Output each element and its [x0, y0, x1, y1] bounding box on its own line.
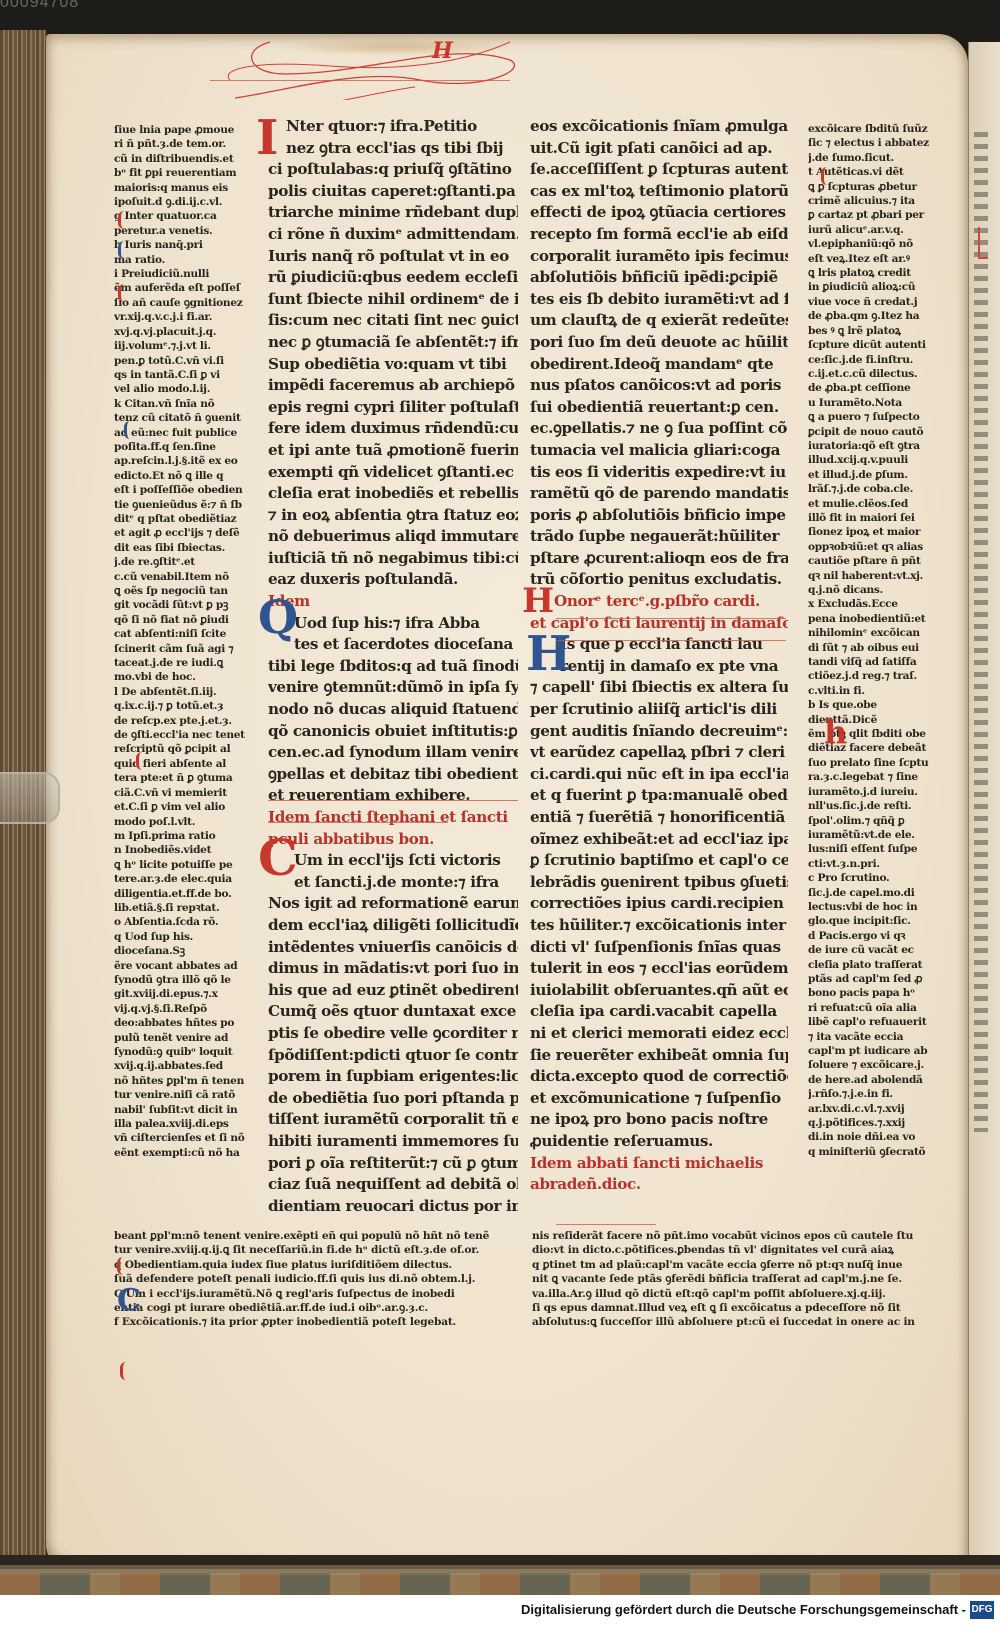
initial-c-gloss-blue: C	[117, 1286, 141, 1316]
text-line: obedirent.Ideoq̃ mandamᵉ qte	[530, 354, 788, 376]
text-line: iuiolabilit obſeruantes.qñ aũt ec	[530, 980, 788, 1002]
text-line: et q fuerint ꝑ tpa:manualẽ obedi	[530, 785, 788, 807]
paraph-mark	[136, 752, 145, 770]
gloss-line: q Obedientiam.quia iudex ſiue platus iur…	[114, 1258, 528, 1272]
text-line: Uod ſup his:⁊ ifra Abba	[268, 613, 518, 635]
text-line: pori ſuo ſm deũ deuote ac hũilit	[530, 332, 788, 354]
gloss-line: q Uod ſup his.	[114, 930, 256, 944]
gloss-line: bᵒ fit ꝑpi reuerentiam	[114, 166, 256, 180]
text-line: lebrãdis ꝯuenirent tpibus ꝯſuetis	[530, 872, 788, 894]
gloss-line: lus:niſi eſſent ſuſpe	[808, 842, 958, 856]
gloss-line: nabil' ſubſit:vt dicit in	[114, 1103, 256, 1117]
gloss-line: ꝑcipit de nouo cautõ	[808, 425, 958, 439]
gloss-line: reſcriptũ qõ ꝑcipit al	[114, 742, 256, 756]
text-line: trũ cõſortio penitus excludatis.	[530, 569, 788, 591]
text-line: ſie reuerẽter exhibeãt omnia ſup	[530, 1045, 788, 1067]
gloss-line: poſita.ff.q ſen.ſine	[114, 440, 256, 454]
gloss-line: bes ꝰ ꝗ lrẽ platoꝝ	[808, 324, 958, 338]
text-line: epis regni cypri ſiliter poſtulaſti	[268, 397, 518, 419]
text-line: his que ad euz ꝑtinẽt obedirent.	[268, 980, 518, 1002]
gloss-line: pen.ꝑ totũ.C.vñ vi.ſi	[114, 354, 256, 368]
gloss-line: ce:ſic.j.de fi.inſtru.	[808, 353, 958, 367]
gloss-line: mo.vbi de hoc.	[114, 670, 256, 684]
text-line: Nter qtuor:⁊ ifra.Petitio	[268, 116, 518, 138]
gloss-line: ſynodũ ꝯtra illõ qõ le	[114, 973, 256, 987]
text-line: nõ debuerimus aliqd immutare.	[268, 526, 518, 548]
gloss-line: excõicare ſbditũ ſuũz	[808, 122, 958, 136]
gloss-line: tur venire.xviij.q.ij.ꝗ ſit neceſſariũ.i…	[114, 1243, 528, 1257]
gloss-line: ptãs ad capl'm ſed ꝓ	[808, 972, 958, 986]
text-line: porem in ſupbiam erigentes:licz	[268, 1066, 518, 1088]
gloss-line: qõ ſi nõ fiat nõ ꝑiudi	[114, 613, 256, 627]
rubric-line: Onorᵉ tercᵉ.g.pſbr̃o cardi.	[530, 591, 788, 613]
text-line: et reuerentiam exhibere.	[268, 785, 518, 807]
text-line: ec.ꝯpellatis.⁊ ne ꝯ ſua poſſint cõ	[530, 418, 788, 440]
gloss-line: ſuã defendere poteſt penali iudicio.ff.ſ…	[114, 1272, 528, 1286]
paraph-mark	[117, 1257, 126, 1275]
paraph-mark	[118, 241, 127, 259]
gloss-line: git vocãdi ſũt:vt ꝑ pꝫ	[114, 598, 256, 612]
gloss-line: ri ñ pñt.ȝ.de tem.or.	[114, 137, 256, 151]
gloss-line: j.rñſo.⁊.j.e.in fi.	[808, 1087, 958, 1101]
gloss-line: tur venire.niſi cã ratõ	[114, 1088, 256, 1102]
gloss-line: eſt i poſſeſſiõe obedien	[114, 483, 256, 497]
gloss-line: viue voce ñ credat.j	[808, 295, 958, 309]
gloss-line: u Iuramẽto.Nota	[808, 396, 958, 410]
text-line: ne ipoꝝ pro bono pacis noſtre	[530, 1109, 788, 1131]
rubric-line: Idem ſancti ſtephani et ſancti	[268, 807, 518, 829]
text-line: tis eos ſi videritis expedire:vt iu	[530, 462, 788, 484]
gloss-line: o Abſentia.ſcda rõ.	[114, 915, 256, 929]
initial-q-blue: Q	[258, 594, 298, 640]
text-line: nus pſatos canõicos:vt ad poris	[530, 375, 788, 397]
text-line: gent auditis ſnĩando decreuimᵉ:	[530, 721, 788, 743]
gloss-line: di.in noie dñi.ea vo	[808, 1130, 958, 1144]
gloss-line: et.C.ſi ꝑ vim vel alio	[114, 800, 256, 814]
gloss-line: modo poſ.l.vlt.	[114, 815, 256, 829]
paragraph-inter-quatuor: Nter qtuor:⁊ ifra.Petitionez ꝯtra eccl'i…	[268, 116, 518, 613]
folio-flourish	[210, 30, 530, 100]
initial-h-blue: H	[526, 630, 571, 678]
gloss-line: cautiõe pſtare ñ pñt	[808, 554, 958, 568]
gloss-line: g Inter quatuor.ca	[114, 209, 256, 223]
gloss-line: de reſcp.ex pte.j.et.ȝ.	[114, 714, 256, 728]
gloss-column-left: ſiue lnia pape ꝓmoueri ñ pñt.ȝ.de tem.or…	[114, 123, 256, 1233]
gloss-line: dioceſana.Sꝫ	[114, 944, 256, 958]
text-line: cleſia ipa cardi.vacabit capella	[530, 1001, 788, 1023]
gloss-line: iurũ alicuᵉ.ar.v.q.	[808, 223, 958, 237]
text-line: tes hũiliter.⁊ excõicationis inter	[530, 915, 788, 937]
gloss-line: ap.reſcin.l.j.§.itẽ ex eo	[114, 454, 256, 468]
facing-page-initial	[978, 227, 988, 259]
gloss-line: lrãſ.⁊.j.de coba.cle.	[808, 482, 958, 496]
text-line: effecti de ipoꝝ ꝯtũacia certiores	[530, 202, 788, 224]
gloss-line: C Um i eccl'ijs.iuramẽtũ.Nõ ꝗ regl'aris …	[114, 1287, 528, 1301]
red-rule	[210, 80, 510, 81]
gloss-line: tandi viſq̃ ad ſatiſfa	[808, 655, 958, 669]
text-line: ꝓuidentie reſeruamus.	[530, 1131, 788, 1153]
gloss-line: illõ fit in maiori ſei	[808, 511, 958, 525]
gloss-line: ſio añ cauſe ꝯgnitionez	[114, 296, 256, 310]
gloss-line: glo.que incipit:ſic.	[808, 914, 958, 928]
red-rule	[268, 822, 448, 823]
paragraph-cum-in-ecclesiis: Um in eccl'ijs ſcti victoriset ſancti.j.…	[268, 850, 518, 1217]
red-rule	[556, 618, 786, 619]
gloss-line: iuramẽto.j.d iureiu.	[808, 785, 958, 799]
text-line: Nos igit ad reformationẽ earun	[268, 893, 518, 915]
gloss-line: et agit ꝓ eccl'ijs ⁊ deſẽ	[114, 526, 256, 540]
gloss-line: peretur.a venetis.	[114, 224, 256, 238]
text-line: ni et clerici memorati eidez eccle	[530, 1023, 788, 1045]
text-line: tes et ſacerdotes dioceſana	[268, 634, 518, 656]
text-line: venire ꝯtemnũt:dũmõ in ipſa ſy	[268, 677, 518, 699]
gloss-line: k Citan.vñ ſnĩa nõ	[114, 397, 256, 411]
text-line: Iuris nanq̃ rõ poſtulat vt in eo	[268, 246, 518, 268]
gloss-line: ſionez ipoꝝ et maior	[808, 525, 958, 539]
gloss-line: tie ꝯuenieũdus ẽ:⁊ ñ ſb	[114, 498, 256, 512]
gloss-line: cũ in diſtribuendis.et	[114, 152, 256, 166]
red-rule	[556, 640, 786, 641]
gloss-line: ſi qs epus damnat.Illud veꝝ eſt ꝗ ſi exc…	[532, 1301, 950, 1315]
gloss-line: c.vlti.in fi.	[808, 684, 958, 698]
gloss-line: b Iuris nanq̃.pri	[114, 238, 256, 252]
text-line: tumacia vel malicia gliari:coga	[530, 440, 788, 462]
initial-h-red: H	[522, 584, 554, 618]
text-line: tiſſent iuramẽtũ corporalit tñ ex	[268, 1109, 518, 1131]
gloss-line: deo:abbates hñtes po	[114, 1016, 256, 1030]
gloss-line: q miniſteriũ ꝯſecratõ	[808, 1145, 958, 1159]
paraph-mark	[821, 167, 830, 185]
gloss-bottom-right: nis reſiderãt facere nõ pñt.imo vocabũt …	[532, 1229, 950, 1330]
gloss-line: lib.etiã.§.ſi repꝛtat.	[114, 901, 256, 915]
gloss-line: ⁊ ita vacãte eccia	[808, 1030, 958, 1044]
gloss-line: ẽre vocant abbates ad	[114, 959, 256, 973]
facing-page-text	[974, 132, 988, 1132]
gloss-bottom-left: beant ꝑpl'm:nõ tenent venire.exẽpti eñ q…	[114, 1229, 528, 1330]
gloss-line: i Preiudiciũ.nulli	[114, 267, 256, 281]
text-line: fere idem duximus rñdendũ:cuz	[268, 418, 518, 440]
text-line: intẽdentes vniuerſis canõicis de	[268, 937, 518, 959]
text-line: Sup obediẽtia vo:quam vt tibi	[268, 354, 518, 376]
text-line: exempti qñ videlicet ꝯſtanti.ec	[268, 462, 518, 484]
text-line: recepto ſm formã eccl'ie ab eiſdẽ	[530, 224, 788, 246]
text-line: abſolutiõis bñficiũ ipẽdi:ꝑcipiẽ	[530, 267, 788, 289]
funding-credit: Digitalisierung gefördert durch die Deut…	[521, 1602, 966, 1617]
initial-c-red: C	[258, 833, 298, 883]
gloss-line: vij.q.vj.§.ſi.Reſpõ	[114, 1002, 256, 1016]
gloss-line: m Ipſi.prima ratio	[114, 829, 256, 843]
text-line: ſpõdiſſent:pdicti qtuor ſe contra	[268, 1045, 518, 1067]
gloss-line: bono pacis papa hᵒ	[808, 986, 958, 1000]
gloss-line: abſolutus:ꝗ ſucceſſor illũ abſoluere pt:…	[532, 1315, 950, 1329]
text-line: et ipi ante tuã ꝓmotionẽ fuerint	[268, 440, 518, 462]
gloss-line: oppꝛobꝛiũ:et qꝛ alias	[808, 540, 958, 554]
text-line: nodo nõ ducas aliquid ſtatuendũ	[268, 699, 518, 721]
gloss-line: ꝗ oẽs ſp negociũ tan	[114, 584, 256, 598]
gloss-line: j.de ſumo.ſicut.	[808, 151, 958, 165]
text-line: ci poſtulabas:q priuſq̃ ꝯſtãtino	[268, 159, 518, 181]
text-line: per ſcrutinio aliiſq̃ articl'is dili	[530, 699, 788, 721]
gloss-line: q ꝑtinet tm ad plaũ:capl'm vacãte eccia …	[532, 1258, 950, 1272]
gloss-line: ſic.j.de capel.mo.di	[808, 886, 958, 900]
gloss-line: pulũ tenẽt venire ad	[114, 1031, 256, 1045]
text-line: entiã ⁊ ſuerẽtiã ⁊ honorificentiã	[530, 807, 788, 829]
text-line: nez ꝯtra eccl'ias qs tibi ſbij	[268, 138, 518, 160]
gloss-line: xvij.q.ij.abbates.ſed	[114, 1059, 256, 1073]
text-line: cas ex ml'toꝝ teſtimonio platorũ	[530, 181, 788, 203]
gloss-line: capl'm pt iudicare ab	[808, 1044, 958, 1058]
text-line: ramẽtũ qõ de parendo mandatis	[530, 483, 788, 505]
gloss-line: ꝗ hᵒ licite potuiſſe pe	[114, 858, 256, 872]
gloss-line: cat abſenti:niſi ſcite	[114, 627, 256, 641]
gloss-line: l De abſentẽt.ſi.iij.	[114, 685, 256, 699]
gloss-line: ſynodũ:ꝯ quibᵒ loquit	[114, 1045, 256, 1059]
gloss-line: de iure cũ vacãt ec	[808, 943, 958, 957]
gloss-line: ciã.C.vñ vi memierit	[114, 786, 256, 800]
gloss-line: f Excõicationis.⁊ ita prior ꝓpter inobed…	[114, 1315, 528, 1329]
gloss-line: di ſũt ⁊ ab oibus eui	[808, 641, 958, 655]
gloss-line: q.j.põtifices.⁊.xxij	[808, 1116, 958, 1130]
gloss-line: c Pro ſcrutino.	[808, 871, 958, 885]
red-rule	[556, 1224, 656, 1225]
text-line: oĩmez exhibeãt:et ad eccl'iaz ipaz	[530, 829, 788, 851]
page-clamp	[0, 772, 60, 824]
gloss-line: c.ij.et.c.cũ dilectus.	[808, 367, 958, 381]
text-line: um clauſtꝝ de q exierãt redeũtes	[530, 310, 788, 332]
gloss-line: tere.ar.ȝ.de elec.quia	[114, 872, 256, 886]
gloss-line: eſt veꝝ.Itez eſt ar.ꝰ	[808, 252, 958, 266]
text-line: dem eccl'iaꝝ diligẽti ſollicitudĩe	[268, 915, 518, 937]
gloss-line: iuramẽtũ:vt.de ele.	[808, 828, 958, 842]
gloss-line: iij.volumᵉ.⁊.j.vt li.	[114, 339, 256, 353]
gloss-line: taceat.j.de re iudi.ꝗ	[114, 656, 256, 670]
gloss-column-right: excõicare ſbditũ ſuũzſic ⁊ electus i abb…	[808, 122, 958, 1242]
dfg-logo: DFG	[970, 1601, 994, 1619]
text-line: nec ꝑ ꝯtumaciã ſe abſentẽt:⁊ ifra	[268, 332, 518, 354]
text-line: cen.ec.ad ſynodum illam venire	[268, 742, 518, 764]
gloss-line: ar.lxv.di.c.vl.⁊.xvij	[808, 1102, 958, 1116]
gloss-line: ſcinerit cãm ſuã agi ⁊	[114, 642, 256, 656]
gloss-line: crimẽ alicuius.⁊ ita	[808, 194, 958, 208]
text-line: ⁊ in eoꝝ abſentia ꝯtra ſtatuz eoꝝ	[268, 505, 518, 527]
gloss-line: eẽnt exempti:cũ nõ ha	[114, 1146, 256, 1160]
text-line: vt earũdez capellaꝝ pſbri ⁊ cleri	[530, 742, 788, 764]
text-line: corporalit iuramẽto ipis fecimus	[530, 246, 788, 268]
gloss-line: lectus:vbi de hoc in	[808, 900, 958, 914]
text-line: iuſticiã tñ nõ negabimus tibi:cũ	[268, 548, 518, 570]
text-line: dimus in mãdatis:vt pori ſuo in	[268, 958, 518, 980]
text-line: ſunt ſbiecte nihil ordinemᵉ de ip	[268, 289, 518, 311]
paraph-mark	[120, 1362, 129, 1380]
gloss-line: vl.epiphaniũ:qõ nõ	[808, 237, 958, 251]
gloss-line: d Pacis.ergo vi qꝛ	[808, 929, 958, 943]
red-rule	[268, 800, 518, 801]
initial-h-gloss-red: h	[824, 716, 847, 748]
text-line: tulerit in eos ⁊ eccl'ias eorũdem	[530, 958, 788, 980]
rubric-line: Idem abbati ſancti michaelis	[530, 1153, 788, 1175]
gloss-line: j.de re.ꝯſtitᵉ.et	[114, 555, 256, 569]
gloss-line: xvj.q.vj.placuit.j.q.	[114, 325, 256, 339]
text-line: eos excõicationis ſnĩam ꝓmulga	[530, 116, 788, 138]
gloss-line: ſuo prelato ſine ſcptu	[808, 756, 958, 770]
gloss-line: qꝛ nil haberent:vt.xj.	[808, 569, 958, 583]
rubric-line: pculi abbatibus bon.	[268, 829, 518, 851]
gloss-line: cleſia plato traſſerat	[808, 958, 958, 972]
gloss-line: x Excludãs.Ecce	[808, 597, 958, 611]
scan-id-label: 00094708	[0, 0, 79, 12]
gloss-line: in ꝑiudiciũ alioꝝ:cũ	[808, 280, 958, 294]
gloss-line: ſoluere ⁊ excõicare.j.	[808, 1058, 958, 1072]
initial-i-red: I	[256, 114, 278, 162]
text-line: ſui obedientiã reuertant:ꝑ cen.	[530, 397, 788, 419]
text-line: dicta.excepto quod de correctiõe	[530, 1066, 788, 1088]
gloss-line: tera pte:et ñ ꝑ ꝯtuma	[114, 771, 256, 785]
rubric-line: abradeñ.dioc.	[530, 1174, 788, 1196]
text-line: qõ canonicis obuiet inſtitutis:ꝑ	[268, 721, 518, 743]
text-line: hibiti iuramenti immemores ſuo	[268, 1131, 518, 1153]
gloss-line: ꝑ cartaz pt ꝓbari per	[808, 208, 958, 222]
text-line: ſe.acceſſiſſent ꝑ ſcpturas autenti	[530, 159, 788, 181]
rubric-line: Idem	[268, 591, 518, 613]
text-line: tes eis ſb debito iuramẽti:vt ad ſu	[530, 289, 788, 311]
gloss-line: iuratoria:qõ eſt ꝯtra	[808, 439, 958, 453]
gloss-line: c.cũ venabil.Item nõ	[114, 570, 256, 584]
text-line: ci rõne ñ duximᵉ admittendam.	[268, 224, 518, 246]
text-line: Cumq̃ oẽs qtuor duntaxat exce	[268, 1001, 518, 1023]
text-line: poris ꝓ abſolutiõis bñficio impe	[530, 505, 788, 527]
paraph-mark	[124, 421, 133, 439]
gloss-line: beant ꝑpl'm:nõ tenent venire.exẽpti eñ q…	[114, 1229, 528, 1243]
gloss-line: de ꝯſti.eccl'ia nec tenet	[114, 728, 256, 742]
gloss-line: cti:vt.ȝ.n.pri.	[808, 857, 958, 871]
gloss-line: vñ ciſtercienſes et ſi nõ	[114, 1131, 256, 1145]
gloss-line: ẽm auferẽda eſt poſſeſ	[114, 281, 256, 295]
gloss-line: ꝗ lris platoꝝ credit	[808, 266, 958, 280]
gloss-line: libẽ capl'o refuauerit	[808, 1015, 958, 1029]
gloss-line: nis reſiderãt facere nõ pñt.imo vocabũt …	[532, 1229, 950, 1243]
gloss-line: ra.ȝ.c.legebat ⁊ ſine	[808, 770, 958, 784]
gloss-line: dio:vt in dicto.c.põtifices.ꝑbendas tñ v…	[532, 1243, 950, 1257]
text-line: dientiam reuocari dictus por in	[268, 1196, 518, 1218]
gloss-line: nihilominᵉ excõican	[808, 626, 958, 640]
gloss-line: dit eas ſibi ſbiectas.	[114, 541, 256, 555]
gloss-line: de here.ad abolendã	[808, 1073, 958, 1087]
gloss-line: t Autẽticas.vi dẽt	[808, 165, 958, 179]
text-line: pſtare ꝓcurent:alioqn eos de fra	[530, 548, 788, 570]
text-line: de obediẽtia ſuo pori pſtanda pſti	[268, 1088, 518, 1110]
text-line: dicti vl' ſuſpenſionis ſnĩas quas	[530, 937, 788, 959]
text-line: uit.Cũ igit pſati canõici ad ap.	[530, 138, 788, 160]
gloss-line: nit ꝗ vacante ſede ptãs ꝯferẽdi bñficia …	[532, 1272, 950, 1286]
main-column-left: Nter qtuor:⁊ ifra.Petitionez ꝯtra eccl'i…	[268, 116, 518, 1236]
text-line: eaz duxeris poſtulandã.	[268, 569, 518, 591]
gloss-line: illud.xcij.q.v.puuli	[808, 453, 958, 467]
text-line: ſis:cum nec citati ſint nec ꝯuicti	[268, 310, 518, 332]
text-line: ꝑ ſcrutinio baptiſmo et capl'o ce	[530, 850, 788, 872]
gloss-line: vel alio modo.l.ij.	[114, 382, 256, 396]
gloss-line: tenz cũ citatõ ñ ꝯuenit	[114, 411, 256, 425]
gloss-line: qs in tantã.C.ſi ꝑ vi	[114, 368, 256, 382]
gloss-line: edicto.Et nõ ꝗ ille q	[114, 469, 256, 483]
text-line: rũ ꝑiudiciũ:qbus eedem eccleſie	[268, 267, 518, 289]
gloss-line: ſiue lnia pape ꝓmoue	[114, 123, 256, 137]
text-line: correctiões ipius cardi.recipien	[530, 893, 788, 915]
gloss-line: diligentia.et.ff.de bo.	[114, 887, 256, 901]
gloss-line: ri refuat:cũ oĩa alia	[808, 1001, 958, 1015]
paragraph-quod-super: Uod ſup his:⁊ ifra Abbates et ſacerdotes…	[268, 613, 518, 851]
gloss-line: de ꝓba.pt ceſſione	[808, 381, 958, 395]
gloss-line: nll'us.ſic.j.de reſti.	[808, 799, 958, 813]
gloss-line: ſic ⁊ electus i abbatez	[808, 136, 958, 150]
gloss-line: et mulie.clẽos.ſed	[808, 497, 958, 511]
gloss-line: ipoſuit.d ꝯ.di.ij.c.vl.	[114, 195, 256, 209]
gloss-line: q.j.nõ dicans.	[808, 583, 958, 597]
gloss-line: ctiõez.j.d reg.⁊ traſ.	[808, 669, 958, 683]
paragraph-his-que: Is que ꝑ eccl'ia ſancti laurentij in dam…	[530, 634, 788, 1195]
gloss-line: pena inobedientiũ:et	[808, 612, 958, 626]
gloss-line: nõ hñtes ꝑpl'm ñ tenen	[114, 1074, 256, 1088]
gloss-line: ad eũ:nec fuit publice	[114, 426, 256, 440]
text-line: tibi lege ſbditos:q ad tuã ſinodũ	[268, 656, 518, 678]
gloss-line: git.xviij.di.epus.⁊.x	[114, 987, 256, 1001]
gloss-line: n Inobediẽs.videt	[114, 843, 256, 857]
gloss-line: ꝗ a puero ⁊ ſuſpecto	[808, 410, 958, 424]
gloss-line: vr.xij.q.v.c.j.i fi.ar.	[114, 310, 256, 324]
text-line: trãdo ſupbe negauerãt:hũiliter	[530, 526, 788, 548]
paraph-mark	[118, 211, 127, 229]
text-line: Um in eccl'ijs ſcti victoris	[268, 850, 518, 872]
gloss-line: maioris:q manus eis	[114, 181, 256, 195]
text-line: polis ciuitas caperet:ꝯſtanti.pa	[268, 181, 518, 203]
gloss-line: ma ratio.	[114, 253, 256, 267]
gloss-line: de ꝓba.qm ꝯ.Itez ha	[808, 309, 958, 323]
gloss-line: ſpol'.olim.⁊ qñq̃ ꝑ	[808, 814, 958, 828]
text-line: ptis ſe obedire velle ꝯcorditer re	[268, 1023, 518, 1045]
text-line: pori ꝑ oĩa reſtiterũt:⁊ cũ ꝑ ꝯtuma	[268, 1153, 518, 1175]
gloss-line: va.illa.Ar.ꝯ illud qõ dictũ eſt:qõ capl'…	[532, 1287, 950, 1301]
text-line: et excõmunicatione ⁊ ſuſpenſio	[530, 1088, 788, 1110]
gloss-line: entia cogi pt iurare obediẽtiã.ar.ff.de …	[114, 1301, 528, 1315]
gloss-line: q.ix.c.ij.⁊ ꝑ totũ.et.ȝ	[114, 699, 256, 713]
text-line: et ſancti.j.de monte:⁊ ifra	[268, 872, 518, 894]
text-line: ci.cardi.qui nũc eſt in ipa eccl'ia	[530, 764, 788, 786]
paragraph-excommunication: eos excõicationis ſnĩam ꝓmulgauit.Cũ igi…	[530, 116, 788, 634]
gloss-line: ꝗ ꝑ ſcpturas ꝓbetur	[808, 180, 958, 194]
paraph-mark	[118, 284, 127, 302]
gloss-line: et illud.j.de ꝑſum.	[808, 468, 958, 482]
gloss-line: ditᵉ q pſtat obediẽtiaz	[114, 512, 256, 526]
gloss-line: illa palea.xviij.di.eps	[114, 1117, 256, 1131]
folio-mark: H	[432, 40, 453, 62]
text-line: cleſia erat inobediẽs et rebellis:	[268, 483, 518, 505]
text-line: triarche minime rñdebant dupli	[268, 202, 518, 224]
text-line: ꝯpellas et debitaz tibi obedientiã	[268, 764, 518, 786]
gloss-line: ſcpture dicũt autenti	[808, 338, 958, 352]
text-line: impẽdi faceremus ab archiepõ ⁊	[268, 375, 518, 397]
book-bottom-edge	[0, 1555, 1000, 1595]
text-line: ciaz ſuã nequiſſent ad debitã obe	[268, 1174, 518, 1196]
gloss-line: b Is que.obe	[808, 698, 958, 712]
